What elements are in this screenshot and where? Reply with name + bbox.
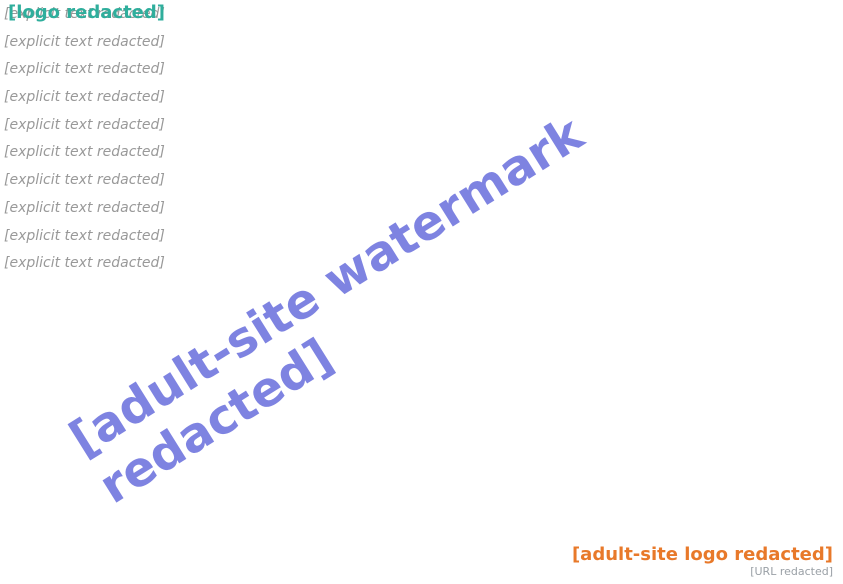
- redacted-paragraph: [explicit text redacted]: [4, 87, 839, 109]
- redacted-paragraph: [explicit text redacted]: [4, 142, 839, 164]
- bottom-right-logo: [adult-site logo redacted] [URL redacted…: [572, 544, 833, 578]
- redacted-paragraph: [explicit text redacted]: [4, 253, 839, 275]
- bottom-right-logo-url: [URL redacted]: [572, 565, 833, 578]
- redacted-paragraph: [explicit text redacted]: [4, 198, 839, 220]
- top-left-logo: [logo redacted]: [8, 2, 165, 23]
- redacted-paragraph: [explicit text redacted]: [4, 226, 839, 248]
- document-body: [explicit text redacted][explicit text r…: [4, 4, 839, 281]
- redacted-paragraph: [explicit text redacted]: [4, 115, 839, 137]
- redacted-paragraph: [explicit text redacted]: [4, 32, 839, 54]
- redacted-paragraph: [explicit text redacted]: [4, 170, 839, 192]
- bottom-right-logo-text: [adult-site logo redacted]: [572, 544, 833, 565]
- redacted-paragraph: [explicit text redacted]: [4, 59, 839, 81]
